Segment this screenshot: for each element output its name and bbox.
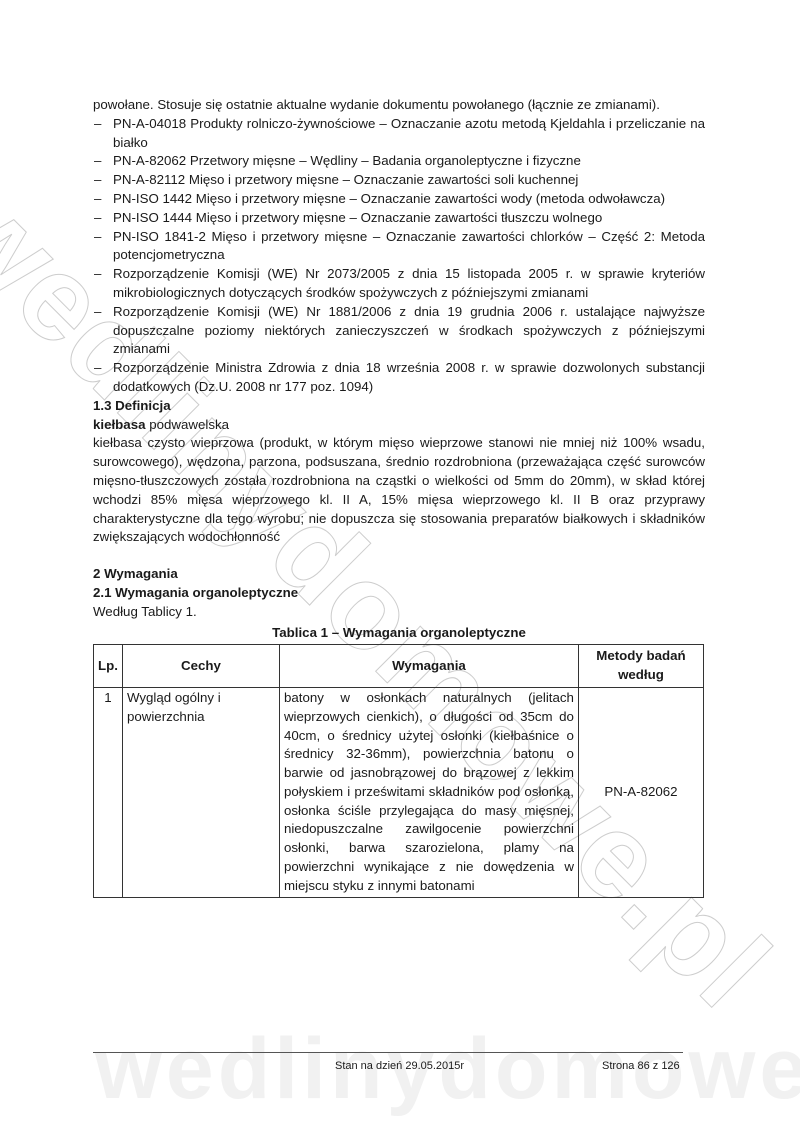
requirements-table: Lp. Cechy Wymagania Metody badań według … bbox=[93, 644, 704, 897]
footer-page-number: Strona 86 z 126 bbox=[602, 1060, 680, 1072]
table-caption: Tablica 1 – Wymagania organoleptyczne bbox=[93, 624, 705, 643]
table-row: 1 Wygląd ogólny i powierzchnia batony w … bbox=[94, 687, 704, 897]
cell-wymagania: batony w osłonkach naturalnych (jelitach… bbox=[279, 687, 578, 897]
requirements-intro: Według Tablicy 1. bbox=[93, 603, 705, 622]
term-bold: kiełbasa bbox=[93, 417, 146, 432]
header-wymagania: Wymagania bbox=[279, 645, 578, 688]
reference-item: PN-A-82062 Przetwory mięsne – Wędliny – … bbox=[93, 152, 705, 171]
requirements-subheading: 2.1 Wymagania organoleptyczne bbox=[93, 584, 705, 603]
reference-item: PN-A-04018 Produkty rolniczo-żywnościowe… bbox=[93, 115, 705, 153]
term-rest: podwawelska bbox=[146, 417, 230, 432]
document-body: powołane. Stosuje się ostatnie aktualne … bbox=[93, 96, 705, 898]
header-metody: Metody badań według bbox=[578, 645, 703, 688]
reference-item: Rozporządzenie Ministra Zdrowia z dnia 1… bbox=[93, 359, 705, 397]
definition-heading: 1.3 Definicja bbox=[93, 397, 705, 416]
cell-cechy: Wygląd ogólny i powierzchnia bbox=[122, 687, 279, 897]
definition-term: kiełbasa podwawelska bbox=[93, 416, 705, 435]
reference-item: PN-ISO 1444 Mięso i przetwory mięsne – O… bbox=[93, 209, 705, 228]
cell-metoda: PN-A-82062 bbox=[578, 687, 703, 897]
cell-lp: 1 bbox=[94, 687, 123, 897]
reference-item: Rozporządzenie Komisji (WE) Nr 2073/2005… bbox=[93, 265, 705, 303]
reference-item: PN-ISO 1841-2 Mięso i przetwory mięsne –… bbox=[93, 228, 705, 266]
reference-item: PN-ISO 1442 Mięso i przetwory mięsne – O… bbox=[93, 190, 705, 209]
reference-item: Rozporządzenie Komisji (WE) Nr 1881/2006… bbox=[93, 303, 705, 359]
table-header-row: Lp. Cechy Wymagania Metody badań według bbox=[94, 645, 704, 688]
footer-date: Stan na dzień 29.05.2015r bbox=[335, 1060, 464, 1072]
reference-item: PN-A-82112 Mięso i przetwory mięsne – Oz… bbox=[93, 171, 705, 190]
requirements-heading: 2 Wymagania bbox=[93, 565, 705, 584]
header-lp: Lp. bbox=[94, 645, 123, 688]
intro-line: powołane. Stosuje się ostatnie aktualne … bbox=[93, 96, 705, 115]
references-list: PN-A-04018 Produkty rolniczo-żywnościowe… bbox=[93, 115, 705, 397]
header-cechy: Cechy bbox=[122, 645, 279, 688]
definition-body: kiełbasa czysto wieprzowa (produkt, w kt… bbox=[93, 434, 705, 547]
footer-divider bbox=[93, 1052, 683, 1053]
